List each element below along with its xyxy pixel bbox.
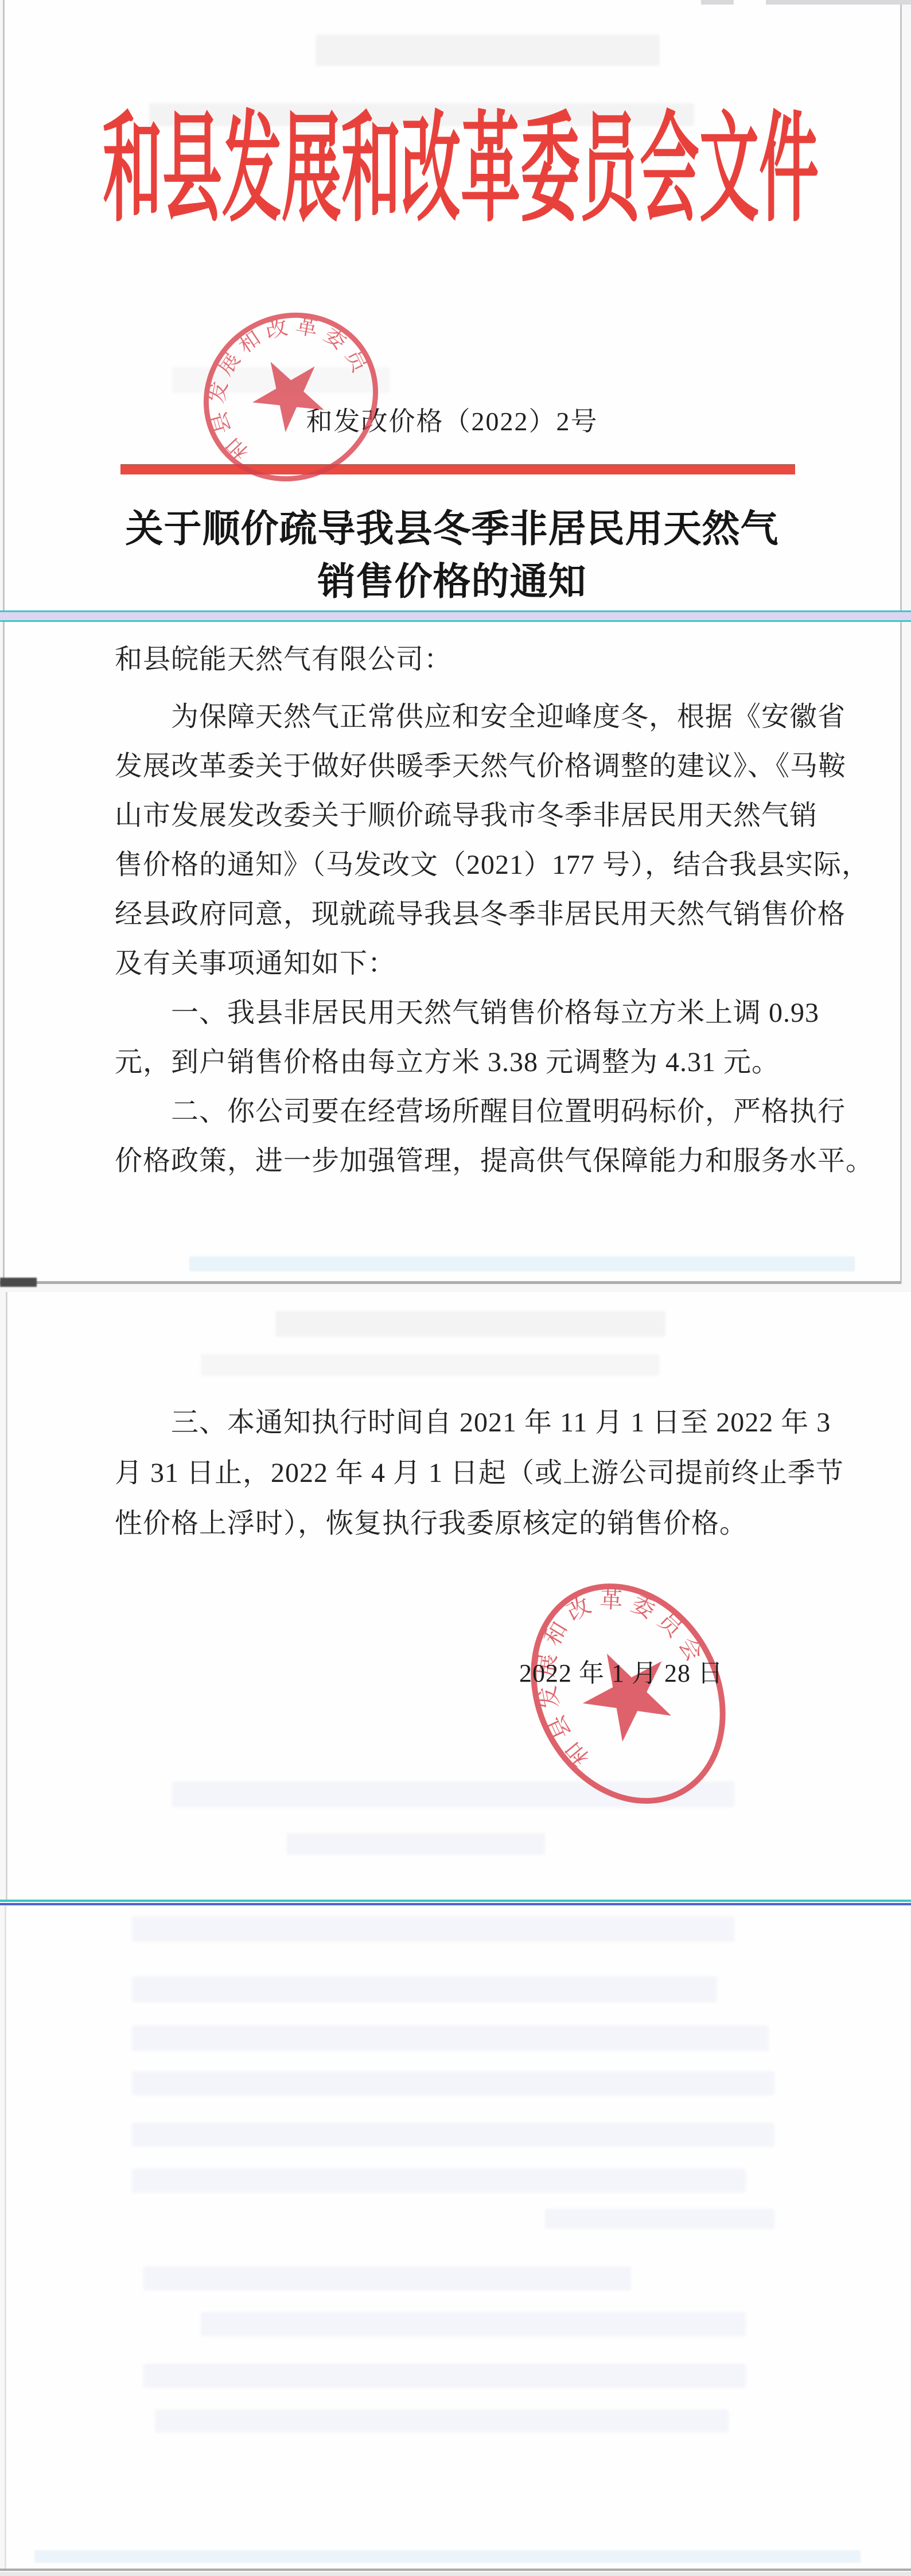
document-number: 和发改价格（2022）2号	[3, 400, 901, 438]
document-title-line2: 销售价格的通知	[3, 551, 901, 605]
page-3-left-edge	[5, 1906, 6, 2569]
body-line: 山市发展发改委关于顺价疏导我市冬季非居民用天然气销	[115, 793, 855, 832]
bleed-through-ghost	[143, 2266, 631, 2290]
body-line: 二、你公司要在经营场所醒目位置明码标价，严格执行	[115, 1089, 855, 1129]
bleed-through-ghost	[287, 1833, 545, 1855]
bleed-through-ghost	[132, 2025, 769, 2051]
body-line: 价格政策，进一步加强管理，提高供气保障能力和服务水平。	[115, 1138, 855, 1178]
scan-artifact-cyan-band	[0, 610, 911, 622]
bleed-through-ghost	[143, 2364, 746, 2388]
page-1-bottom-edge	[0, 1281, 901, 1284]
page-1-left-edge	[3, 0, 5, 1284]
document-title-line1: 关于顺价疏导我县冬季非居民用天然气	[3, 498, 901, 552]
body-line: 性价格上浮时），恢复执行我委原核定的销售价格。	[115, 1501, 855, 1540]
page-2-left-edge	[6, 1292, 7, 1900]
bleed-through-ghost	[275, 1311, 665, 1337]
signature-date: 2022 年 1 月 28 日	[519, 1652, 760, 1689]
scan-wash	[189, 1256, 855, 1271]
bleed-through-ghost	[132, 2071, 774, 2095]
body-line: 为保障天然气正常供应和安全迎峰度冬，根据《安徽省	[115, 694, 855, 734]
body-line: 三、本通知执行时间自 2021 年 11 月 1 日至 2022 年 3	[115, 1400, 855, 1439]
scan-background-strip	[0, 2572, 911, 2576]
recipient-line: 和县皖能天然气有限公司：	[115, 637, 855, 676]
body-line: 月 31 日止，2022 年 4 月 1 日起（或上游公司提前终止季节	[115, 1450, 855, 1490]
body-line: 元，到户销售价格由每立方米 3.38 元调整为 4.31 元。	[115, 1040, 855, 1079]
bleed-through-ghost	[545, 2209, 774, 2229]
bleed-through-ghost	[132, 2169, 746, 2193]
bleed-through-ghost	[201, 2312, 746, 2336]
scan-artifact-bar	[701, 0, 734, 5]
bleed-through-ghost	[316, 34, 660, 66]
page-1-right-edge	[900, 0, 902, 1284]
bleed-through-ghost	[132, 2123, 774, 2147]
bleed-through-ghost	[132, 1976, 717, 2002]
bleed-through-ghost	[155, 2410, 729, 2433]
scan-wash	[34, 2550, 861, 2563]
seal-star-icon	[567, 1633, 686, 1750]
scan-scribble-mark	[0, 1278, 37, 1287]
scan-artifact-cyan-line	[0, 1900, 911, 1902]
official-seal-2: 和县发展和改革委员会	[531, 1575, 726, 1813]
body-line: 经县政府同意，现就疏导我县冬季非居民用天然气销售价格	[115, 892, 855, 931]
body-line: 售价格的通知》（马发改文（2021）177 号），结合我县实际，	[115, 842, 855, 882]
seal-star-icon	[239, 344, 336, 439]
page-2	[6, 1292, 911, 1900]
page-3-bottom-edge	[0, 2569, 911, 2571]
scanned-document-viewer: { "document": { "agency_header": "和县发展和改…	[0, 0, 911, 2576]
body-line: 发展改革委关于做好供暖季天然气价格调整的建议》、《马鞍	[115, 744, 855, 783]
page-3	[5, 1906, 910, 2569]
scan-artifact-bar	[766, 0, 911, 5]
body-line: 及有关事项通知如下：	[115, 941, 855, 980]
body-line: 一、我县非居民用天然气销售价格每立方米上调 0.93	[115, 990, 855, 1030]
scan-artifact-blue-line	[0, 1903, 911, 1905]
bleed-through-ghost	[201, 1354, 660, 1376]
official-seal-1: 和县发展和改革委员会	[195, 307, 387, 488]
bleed-through-ghost	[132, 1916, 734, 1942]
